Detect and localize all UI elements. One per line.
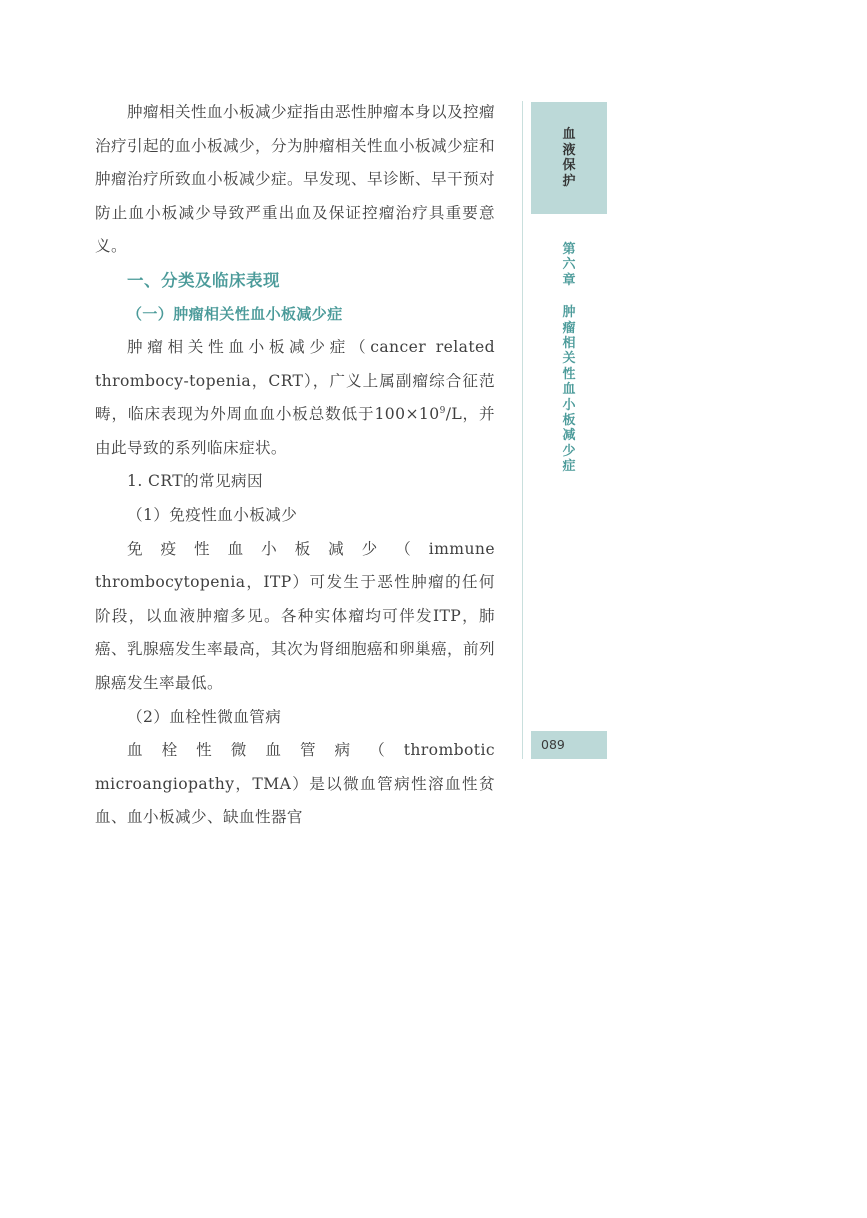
chapter-char: 肿 [562,305,575,320]
section-tab: 血 液 保 护 [531,102,607,214]
crt-definition-paragraph: 肿瘤相关性血小板减少症（cancer related thrombocy-top… [95,331,495,465]
itp-paragraph: 免疫性血小板减少（immune thrombocytopenia，ITP）可发生… [95,533,495,701]
chapter-char: 关 [562,351,575,366]
section-char: 液 [562,143,575,159]
section-char: 血 [562,127,575,143]
chapter-char: 板 [562,413,575,428]
chapter-char: 减 [562,428,575,443]
chapter-char: 少 [562,444,575,459]
numbered-item-heading: 1. CRT的常见病因 [95,465,495,499]
chapter-running-title: 第 六 章 肿 瘤 相 关 性 血 小 板 减 少 症 [531,242,607,475]
page-number: 089 [531,731,607,759]
chapter-vertical-text: 第 六 章 肿 瘤 相 关 性 血 小 板 减 少 症 [562,242,575,475]
intro-paragraph: 肿瘤相关性血小板减少症指由恶性肿瘤本身以及控瘤治疗引起的血小板减少，分为肿瘤相关… [95,96,495,264]
book-page: 肿瘤相关性血小板减少症指由恶性肿瘤本身以及控瘤治疗引起的血小板减少，分为肿瘤相关… [0,0,867,1218]
crt-definition-text-a: 肿瘤相关性血小板减少症（cancer related thrombocy-top… [95,338,495,423]
section-tab-label: 血 液 保 护 [562,127,575,189]
main-text-column: 肿瘤相关性血小板减少症指由恶性肿瘤本身以及控瘤治疗引起的血小板减少，分为肿瘤相关… [95,96,495,835]
section-char: 保 [562,158,575,174]
subsection-heading: （一）肿瘤相关性血小板减少症 [95,298,495,331]
chapter-char: 六 [562,257,575,272]
chapter-char: 瘤 [562,321,575,336]
margin-divider [522,101,523,759]
chapter-char: 第 [562,242,575,257]
chapter-char: 小 [562,398,575,413]
chapter-char: 章 [562,273,575,288]
section-heading: 一、分类及临床表现 [95,264,495,298]
sub-item-heading-itp: （1）免疫性血小板减少 [95,499,495,533]
sub-item-heading-tma: （2）血栓性微血管病 [95,701,495,735]
chapter-char: 性 [562,367,575,382]
tma-paragraph: 血栓性微血管病（thrombotic microangiopathy，TMA）是… [95,734,495,835]
chapter-char: 血 [562,382,575,397]
chapter-char: 症 [562,459,575,474]
chapter-char: 相 [562,336,575,351]
section-char: 护 [562,174,575,190]
